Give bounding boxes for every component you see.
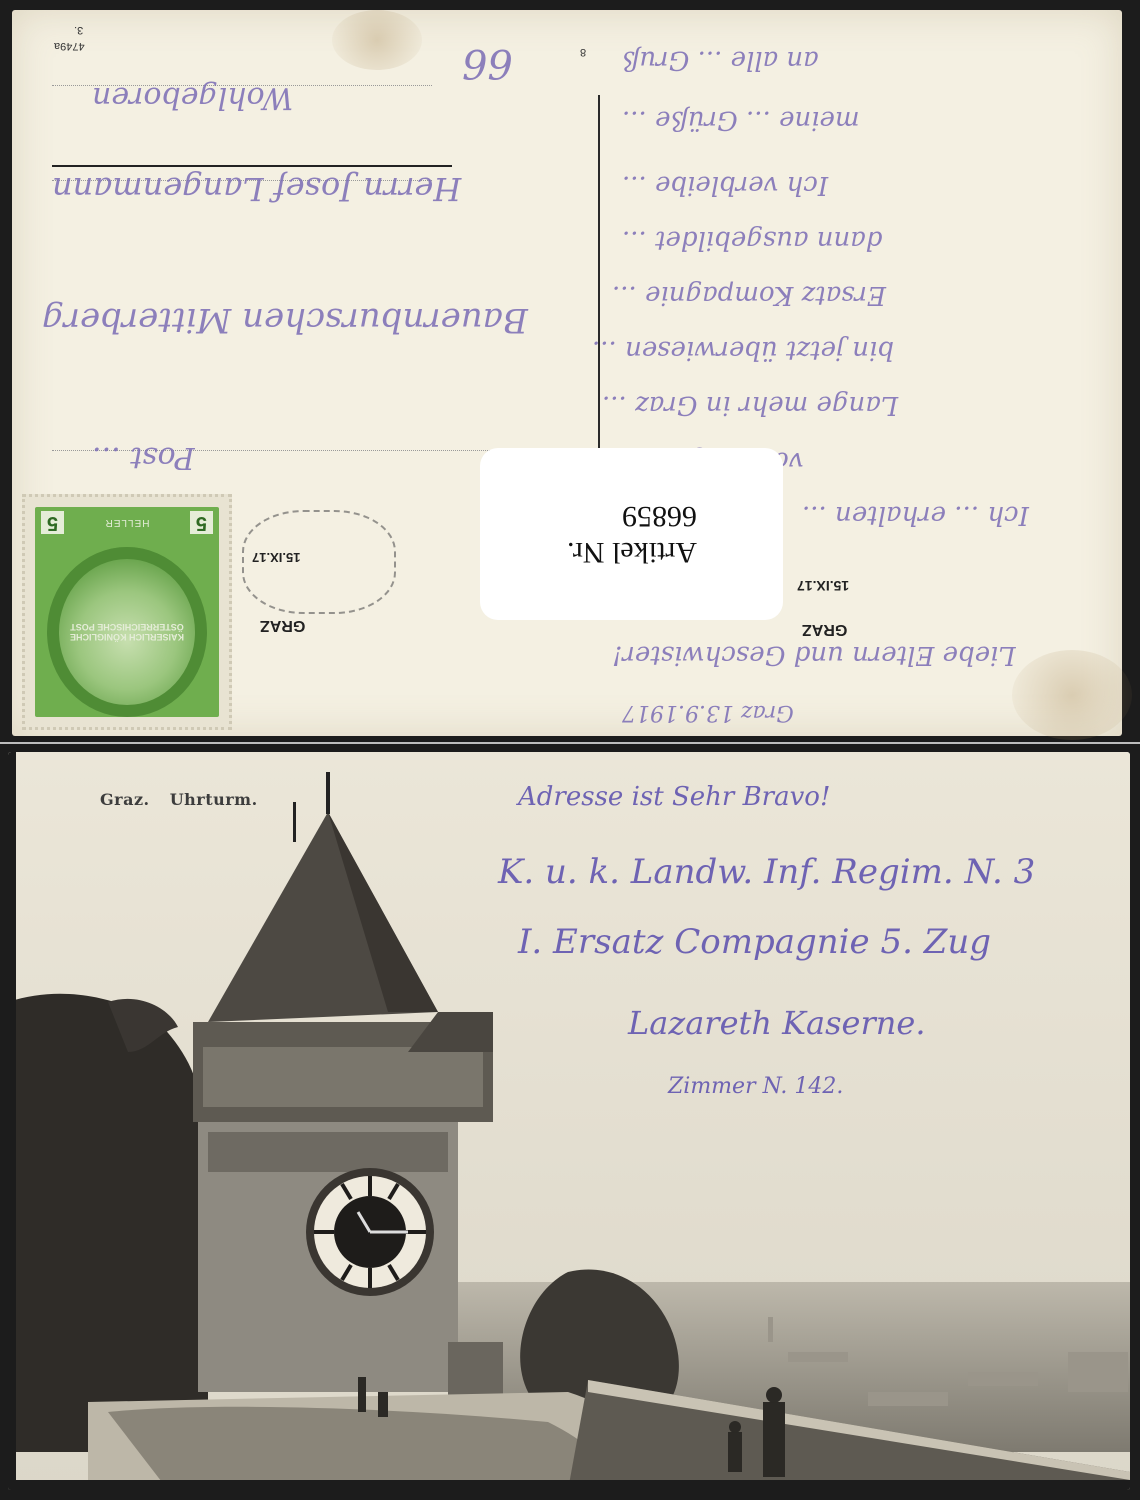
address-line-1: Wohlgeboren — [92, 80, 293, 115]
address-rule — [52, 165, 452, 167]
message-line: Ich ... erhalten ... — [802, 500, 1029, 530]
postcard-front: Graz. Uhrturm. Adresse ist Sehr Bravo! K… — [8, 752, 1130, 1490]
card-divider — [598, 95, 600, 465]
address-line-2: Herrn Josef Langenmann — [52, 170, 461, 208]
pencil-mark: 66 — [462, 40, 513, 86]
address-line-4: Post ... — [92, 440, 195, 475]
publisher-code: 4749a — [54, 40, 85, 52]
stamp-value: 5 — [41, 512, 64, 535]
message-line: bin jetzt überwiesen ... — [592, 335, 894, 365]
corner-number: 8 — [580, 46, 586, 58]
address-line-3: Bauernburschen Mitterberg — [42, 300, 528, 340]
postmark-city-2: GRAZ — [802, 620, 847, 638]
paper-stain — [332, 10, 422, 70]
postmark-city: GRAZ — [260, 616, 305, 634]
postcard-caption: Graz. Uhrturm. — [100, 790, 272, 809]
image-separator — [0, 742, 1140, 744]
stamp-inscription: KAISERLICH KÖNIGLICHE ÖSTERREICHISCHE PO… — [67, 622, 187, 642]
message-date: Graz 13.9.1917 — [622, 700, 794, 725]
caption-title: Uhrturm. — [170, 790, 258, 809]
article-number-label: Artikel Nr. 66859 — [480, 448, 783, 620]
postage-stamp: 5 HELLER 5 KAISERLICH KÖNIGLICHE ÖSTERRE… — [22, 494, 232, 730]
message-line: dann ausgebildet ... — [622, 225, 882, 255]
postmark-date-2: 15.IX.17 — [797, 578, 849, 594]
handwritten-line-2: K. u. k. Landw. Inf. Regim. N. 3 — [498, 852, 1035, 892]
handwritten-line-3: I. Ersatz Compagnie 5. Zug — [518, 922, 991, 962]
message-line: Ich verbleibe ... — [622, 170, 828, 200]
handwritten-line-4: Lazareth Kaserne. — [628, 1004, 926, 1042]
label-title: Artikel Nr. — [567, 534, 697, 570]
emperor-portrait-icon: KAISERLICH KÖNIGLICHE ÖSTERREICHISCHE PO… — [47, 547, 207, 717]
handwritten-line-1: Adresse ist Sehr Bravo! — [518, 782, 830, 812]
paper-stain — [1012, 650, 1132, 740]
message-line: Liebe Eltern und Geschwister! — [612, 640, 1016, 670]
stamp-value: 5 — [190, 512, 213, 535]
message-line: Lange mehr in Graz ... — [602, 390, 898, 420]
stamp-currency: HELLER — [105, 518, 150, 529]
publisher-code-2: 3. — [74, 24, 83, 36]
handwritten-line-5: Zimmer N. 142. — [668, 1074, 843, 1099]
message-line: meine ... Grüße ... — [622, 105, 860, 135]
caption-city: Graz. — [100, 790, 150, 809]
message-line: Ersatz Kompagnie ... — [612, 280, 886, 310]
postmark-date: 15.IX.17 — [252, 550, 300, 565]
label-number: 66859 — [567, 498, 697, 534]
message-line: an alle ... Gruß — [622, 45, 819, 75]
